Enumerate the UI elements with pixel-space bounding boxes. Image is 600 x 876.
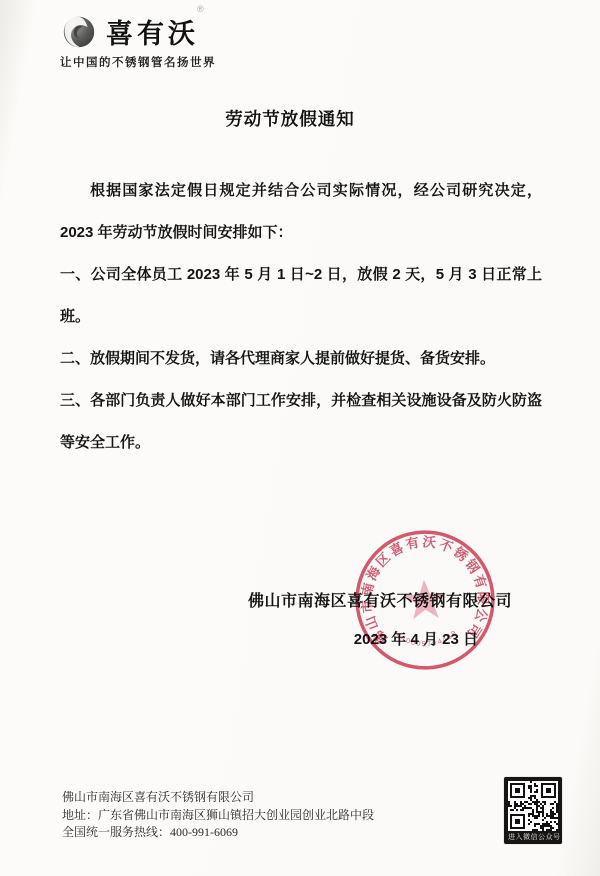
wechat-qr-code: 进入微信公众号 [504,777,562,844]
scanned-notice-page: 喜有沃® 让中国的不锈钢管名扬世界 劳动节放假通知 根据国家法定假日规定并结合公… [0,0,600,876]
notice-item-3: 三、各部门负责人做好本部门工作安排，并检查相关设施设备及防火防盗等安全工作。 [60,380,542,464]
footer-contact-block: 佛山市南海区喜有沃不锈钢有限公司 地址：广东省佛山市南海区狮山镇招大创业园创业北… [62,789,374,842]
notice-item-1: 一、公司全体员工 2023 年 5 月 1 日~2 日，放假 2 天，5 月 3… [60,254,542,338]
footer-address: 地址：广东省佛山市南海区狮山镇招大创业园创业北路中段 [62,807,374,825]
swirl-globe-icon [60,13,98,51]
brand-tagline: 让中国的不锈钢管名扬世界 [60,54,216,70]
qr-grid [508,781,558,831]
qr-finder-icon [510,814,525,829]
signoff-company-name: 佛山市南海区喜有沃不锈钢有限公司 [248,588,512,611]
qr-finder-icon [510,783,525,798]
registered-trademark-icon: ® [197,4,204,14]
footer-hotline: 全国统一服务热线：400-991-6069 [62,824,374,842]
notice-body: 根据国家法定假日规定并结合公司实际情况，经公司研究决定，2023 年劳动节放假时… [60,170,542,464]
qr-finder-icon [541,783,556,798]
qr-caption: 进入微信公众号 [508,831,558,844]
company-logo: 喜有沃® 让中国的不锈钢管名扬世界 [60,12,216,70]
notice-intro: 根据国家法定假日规定并结合公司实际情况，经公司研究决定，2023 年劳动节放假时… [60,170,542,254]
notice-item-2: 二、放假期间不发货，请各代理商家人提前做好提货、备货安排。 [60,338,542,380]
notice-title: 劳动节放假通知 [0,106,580,131]
signoff-date: 2023 年 4 月 23 日 [354,628,478,649]
brand-name: 喜有沃 [106,19,199,49]
footer-company-name: 佛山市南海区喜有沃不锈钢有限公司 [62,789,374,807]
